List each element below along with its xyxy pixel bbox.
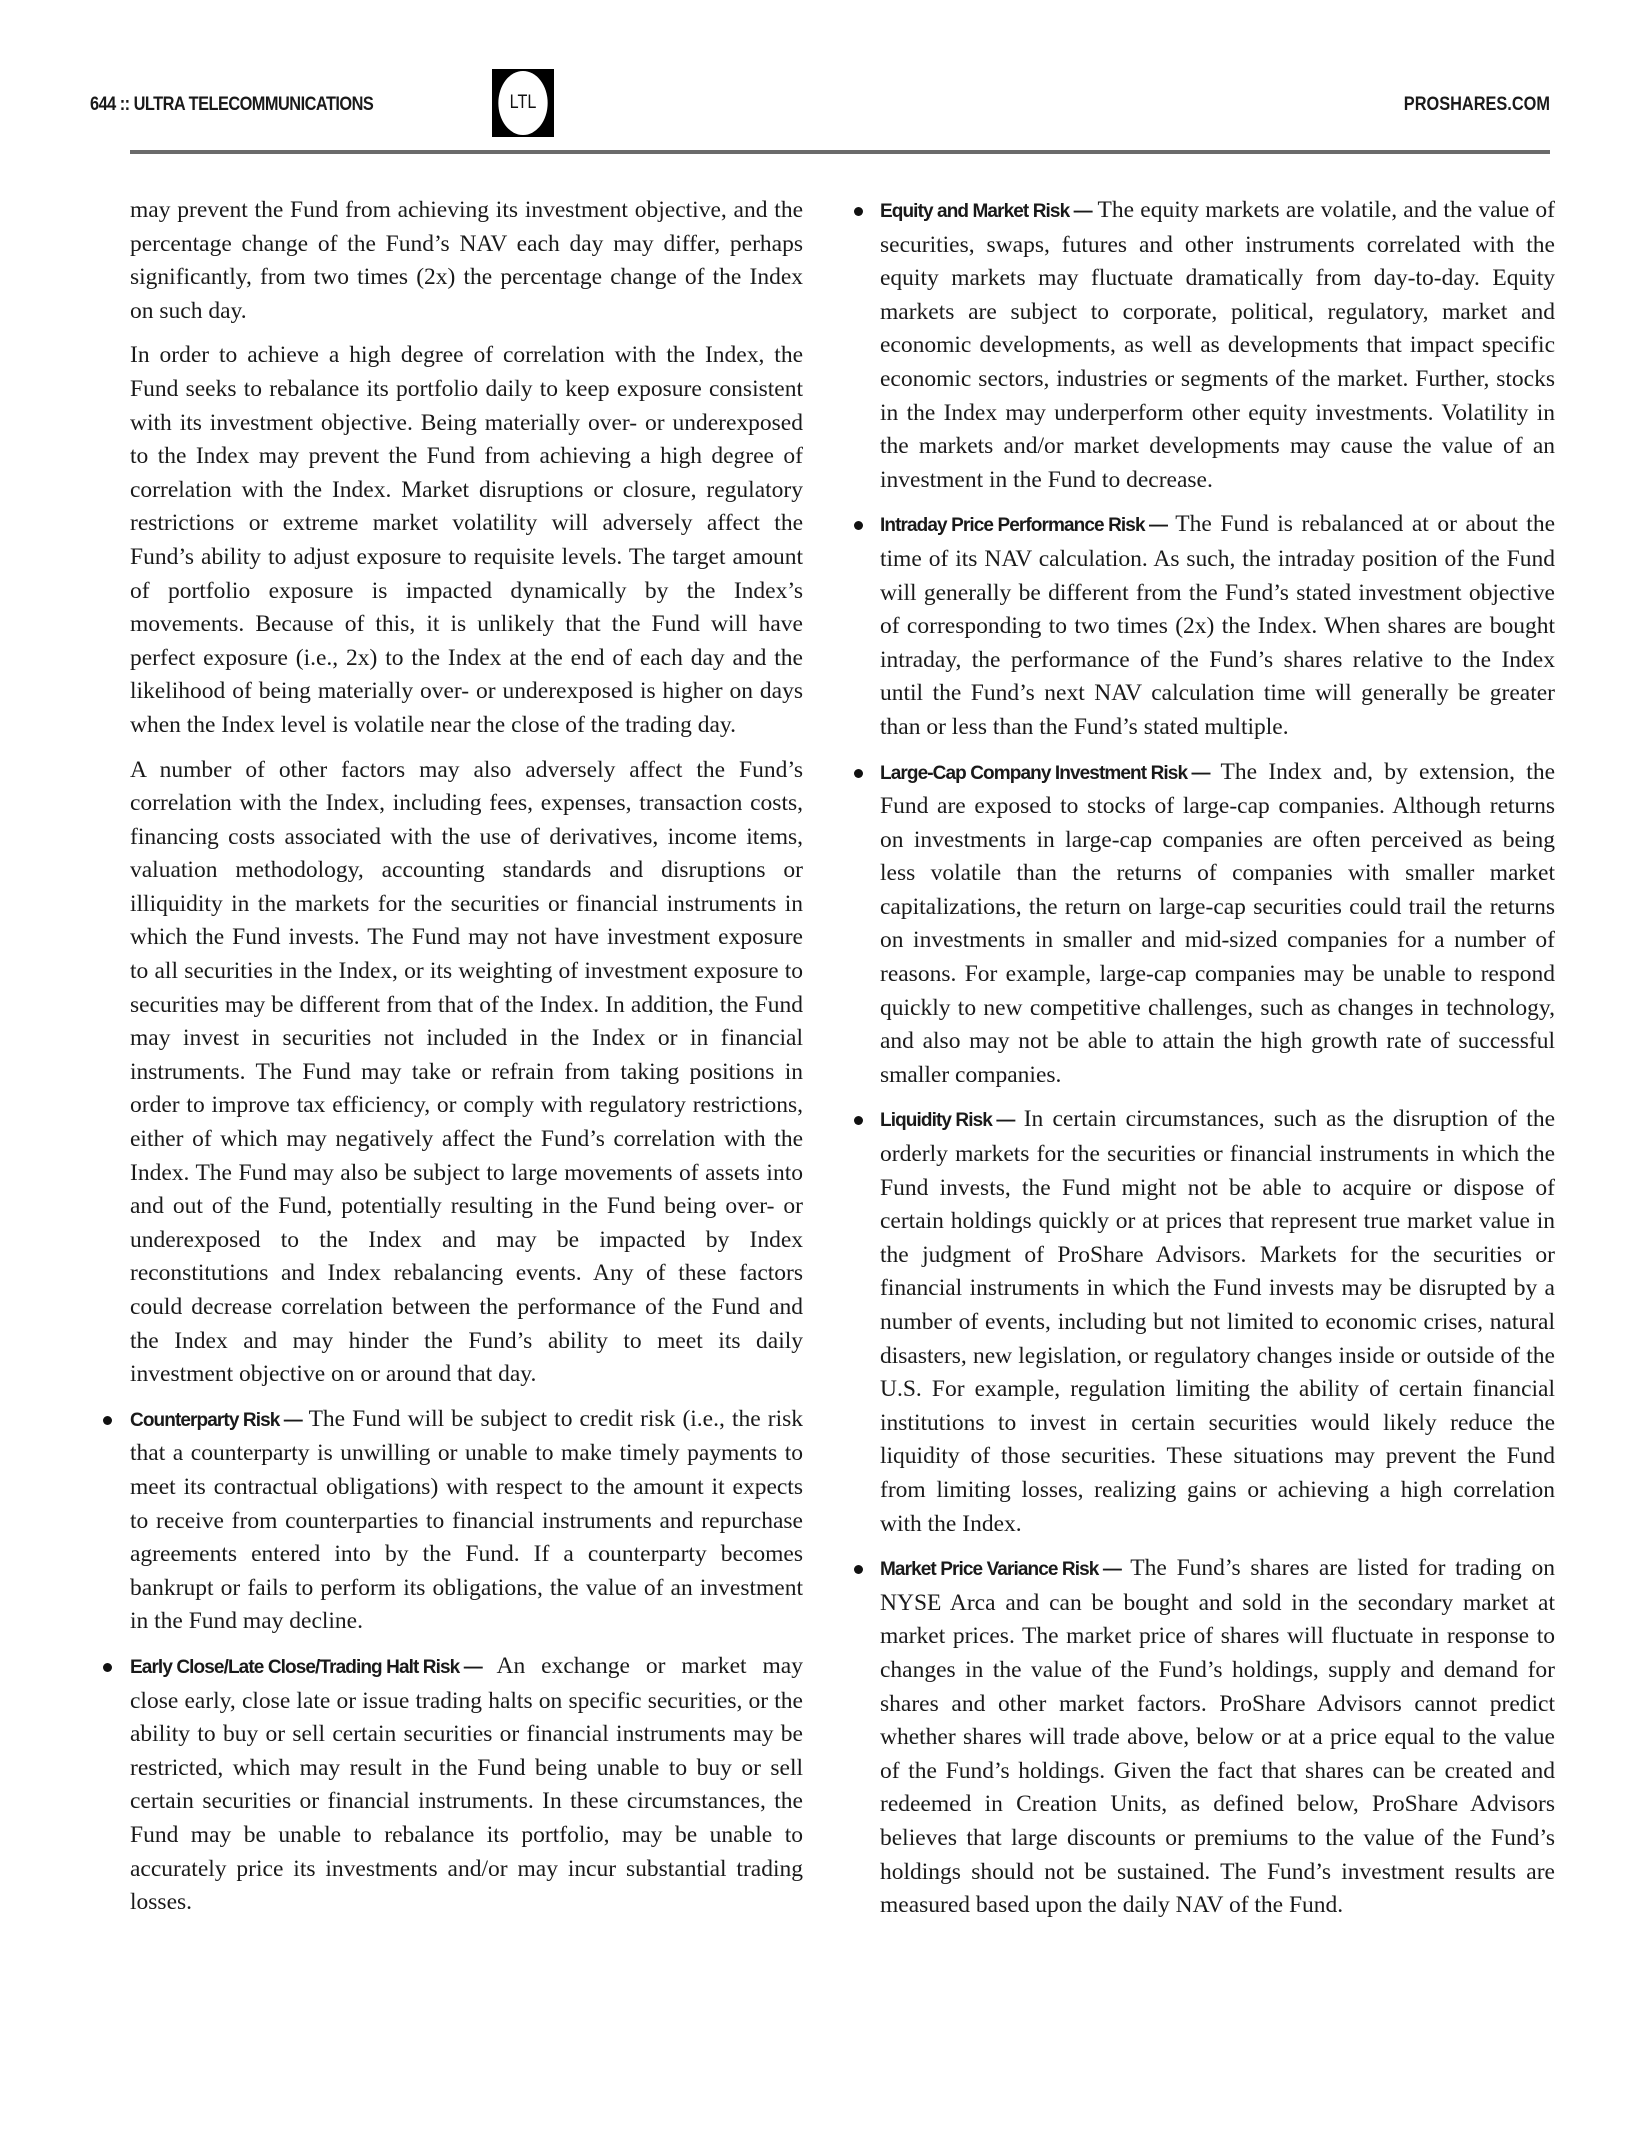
- risk-text: The Index and, by extension, the Fund ar…: [880, 759, 1555, 1088]
- bullet-icon: [854, 1116, 863, 1125]
- risk-term: Liquidity Risk —: [880, 1104, 1014, 1138]
- separator: ::: [120, 94, 130, 115]
- risk-term: Early Close/Late Close/Trading Halt Risk…: [130, 1651, 482, 1685]
- risk-term: Counterparty Risk —: [130, 1404, 302, 1438]
- bullet-icon: [854, 521, 863, 530]
- bullet-icon: [103, 1416, 112, 1425]
- risk-text: The equity markets are volatile, and the…: [880, 197, 1555, 493]
- risk-term: Equity and Market Risk —: [880, 195, 1092, 229]
- risk-term: Intraday Price Performance Risk —: [880, 509, 1167, 543]
- bullet-icon: [854, 769, 863, 778]
- risk-text: In certain circumstances, such as the di…: [880, 1106, 1555, 1536]
- site-link[interactable]: PROSHARES.COM: [1404, 94, 1550, 116]
- running-head: 644 :: ULTRA TELECOMMUNICATIONS: [90, 94, 373, 116]
- risk-text: The Fund will be subject to credit risk …: [130, 1406, 803, 1635]
- risk-item-liquidity: Liquidity Risk — In certain circumstance…: [880, 1103, 1555, 1541]
- page-number: 644: [90, 94, 116, 115]
- risk-item-equity-market: Equity and Market Risk — The equity mark…: [880, 194, 1555, 497]
- paragraph: A number of other factors may also adver…: [130, 754, 803, 1392]
- fund-name: ULTRA TELECOMMUNICATIONS: [134, 94, 374, 115]
- risk-text: The Fund is rebalanced at or about the t…: [880, 511, 1555, 740]
- risk-term: Market Price Variance Risk —: [880, 1553, 1121, 1587]
- risk-item-market-price-variance: Market Price Variance Risk — The Fund’s …: [880, 1552, 1555, 1923]
- bullet-icon: [854, 207, 863, 216]
- risk-text: An exchange or market may close early, c…: [130, 1653, 803, 1915]
- right-column: Equity and Market Risk — The equity mark…: [880, 194, 1555, 1934]
- ticker-symbol: LTL: [510, 92, 537, 114]
- paragraph: In order to achieve a high degree of cor…: [130, 339, 803, 742]
- bullet-icon: [854, 1565, 863, 1574]
- page-header: 644 :: ULTRA TELECOMMUNICATIONS LTL PROS…: [90, 86, 1550, 136]
- bullet-icon: [103, 1663, 112, 1672]
- risk-item-large-cap: Large-Cap Company Investment Risk — The …: [880, 756, 1555, 1093]
- left-column: may prevent the Fund from achieving its …: [130, 194, 803, 1931]
- risk-item-counterparty: Counterparty Risk — The Fund will be sub…: [130, 1403, 803, 1639]
- header-divider: [130, 150, 1550, 154]
- risk-text: The Fund’s shares are listed for trad­in…: [880, 1555, 1555, 1918]
- paragraph: may prevent the Fund from achieving its …: [130, 194, 803, 328]
- risk-term: Large-Cap Company Investment Risk —: [880, 757, 1210, 791]
- ticker-badge: LTL: [492, 69, 554, 137]
- risk-item-intraday: Intraday Price Performance Risk — The Fu…: [880, 508, 1555, 744]
- risk-item-early-close: Early Close/Late Close/Trading Halt Risk…: [130, 1650, 803, 1920]
- ticker-circle-icon: LTL: [498, 71, 547, 135]
